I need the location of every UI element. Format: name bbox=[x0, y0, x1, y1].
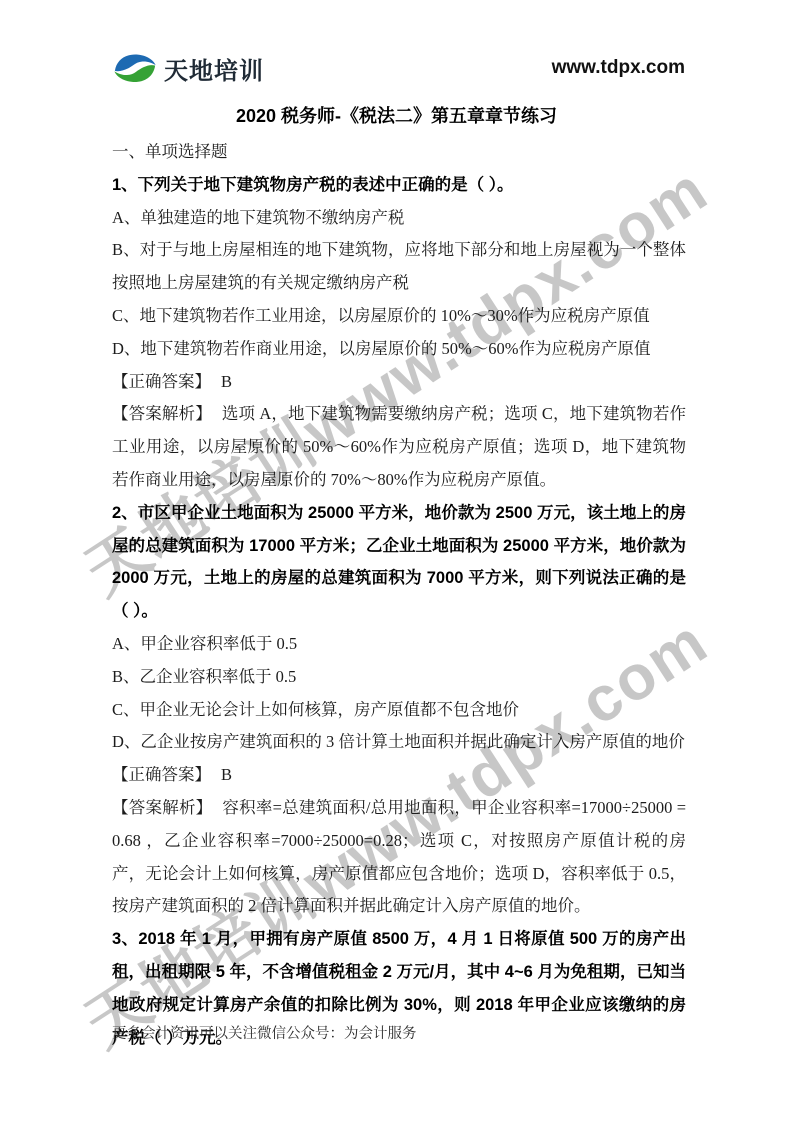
question-2-stem: 2、市区甲企业土地面积为 25000 平方米，地价款为 2500 万元，该土地上… bbox=[112, 497, 686, 628]
footer-note: 更多会计资讯可以关注微信公众号：为会计服务 bbox=[112, 1022, 417, 1043]
question-1-option-c: C、地下建筑物若作工业用途，以房屋原价的 10%～30%作为应税房产原值 bbox=[112, 300, 686, 333]
question-1-stem: 1、下列关于地下建筑物房产税的表述中正确的是（ ）。 bbox=[112, 169, 686, 202]
question-1-answer-line: 【正确答案】B bbox=[112, 366, 686, 399]
brand-logo: 天地培训 bbox=[112, 50, 264, 86]
document-title: 2020 税务师-《税法二》第五章章节练习 bbox=[0, 102, 793, 128]
document-body: 一、单项选择题 1、下列关于地下建筑物房产税的表述中正确的是（ ）。 A、单独建… bbox=[0, 128, 793, 1054]
question-1-analysis-label: 【答案解析】 bbox=[112, 404, 212, 423]
question-1-option-b: B、对于与地上房屋相连的地下建筑物，应将地下部分和地上房屋视为一个整体按照地上房… bbox=[112, 234, 686, 300]
question-2-answer-label: 【正确答案】 bbox=[112, 765, 211, 784]
question-2-answer-line: 【正确答案】B bbox=[112, 759, 686, 792]
question-2-analysis-line: 【答案解析】容积率=总建筑面积/总用地面积，甲企业容积率=17000÷25000… bbox=[112, 792, 686, 923]
question-1-option-d: D、地下建筑物若作商业用途，以房屋原价的 50%～60%作为应税房产原值 bbox=[112, 333, 686, 366]
logo-swirl-icon bbox=[112, 50, 158, 86]
question-2-option-b: B、乙企业容积率低于 0.5 bbox=[112, 661, 686, 694]
question-1-answer-value: B bbox=[221, 372, 232, 391]
question-1-analysis-line: 【答案解析】选项 A，地下建筑物需要缴纳房产税；选项 C，地下建筑物若作工业用途… bbox=[112, 398, 686, 496]
question-1-option-a: A、单独建造的地下建筑物不缴纳房产税 bbox=[112, 202, 686, 235]
question-1-answer-label: 【正确答案】 bbox=[112, 372, 211, 391]
question-2-answer-value: B bbox=[221, 765, 232, 784]
question-2-option-d: D、乙企业按房产建筑面积的 3 倍计算土地面积并据此确定计入房产原值的地价 bbox=[112, 726, 686, 759]
question-2-option-a: A、甲企业容积率低于 0.5 bbox=[112, 628, 686, 661]
logo-text: 天地培训 bbox=[164, 51, 264, 86]
question-2-analysis-label: 【答案解析】 bbox=[112, 798, 212, 817]
header-website-url: www.tdpx.com bbox=[552, 57, 685, 79]
page-header: 天地培训 www.tdpx.com bbox=[0, 0, 793, 86]
section-heading: 一、单项选择题 bbox=[112, 136, 686, 169]
question-2-option-c: C、甲企业无论会计上如何核算，房产原值都不包含地价 bbox=[112, 694, 686, 727]
document-page: 天地培训www.tdpx.com 天地培训www.tdpx.com 天地培训 w… bbox=[0, 0, 793, 1122]
